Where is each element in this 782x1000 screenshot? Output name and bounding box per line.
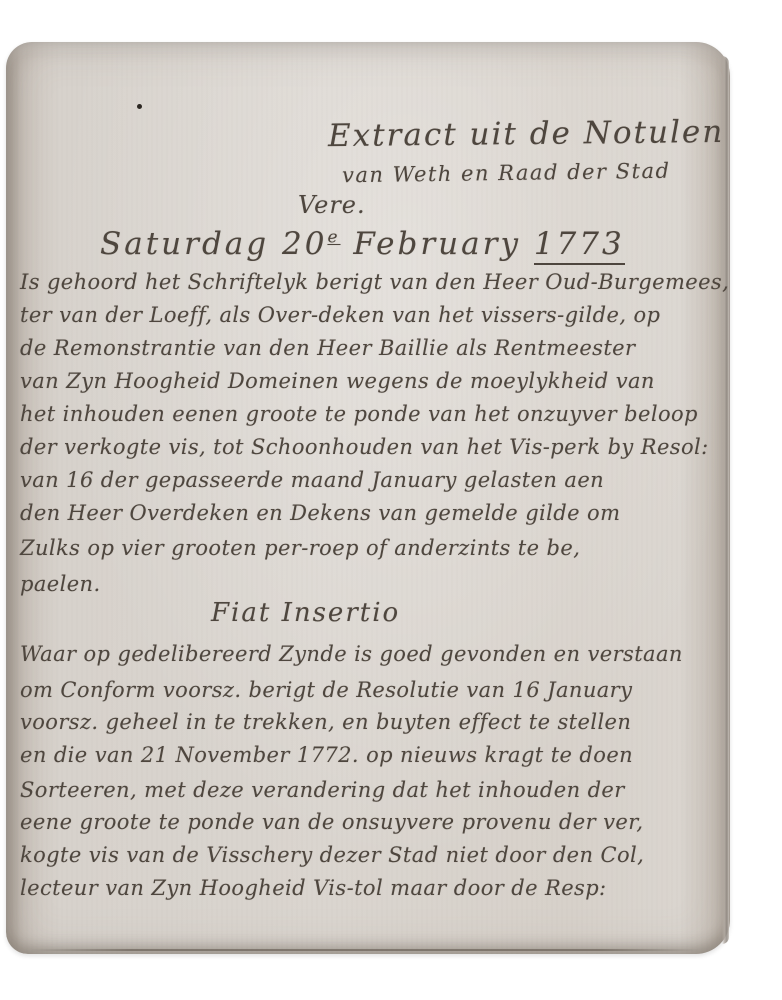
page-stack-edge: [722, 56, 729, 944]
manuscript-line: den Heer Overdeken en Dekens van gemelde…: [20, 501, 620, 525]
date-ordinal: e: [327, 228, 340, 248]
heading-line-2: van Weth en Raad der Stad: [342, 159, 671, 188]
date-day: Saturdag 20: [100, 226, 327, 262]
heading-line-1: Extract uit de Notulen: [328, 114, 725, 154]
subheading-fiat-insertio: Fiat Insertio: [211, 598, 400, 628]
manuscript-line: paelen.: [20, 572, 101, 596]
manuscript-line: van 16 der gepasseerde maand January gel…: [20, 468, 604, 492]
ink-spot: [137, 104, 142, 109]
manuscript-line: het inhouden eenen groote te ponde van h…: [20, 402, 698, 426]
manuscript-line: en die van 21 November 1772. op nieuws k…: [20, 743, 633, 767]
date-month: February: [341, 226, 534, 262]
manuscript-line: eene groote te ponde van de onsuyvere pr…: [20, 810, 643, 834]
manuscript-line: der verkogte vis, tot Schoonhouden van h…: [20, 435, 709, 459]
page-bottom-edge: [30, 949, 700, 951]
manuscript-line: voorsz. geheel in te trekken, en buyten …: [20, 710, 631, 734]
manuscript-line: ter van der Loeff, als Over-deken van he…: [20, 303, 660, 327]
manuscript-line: de Remonstrantie van den Heer Baillie al…: [20, 336, 635, 360]
book-page: Extract uit de Notulen van Weth en Raad …: [6, 42, 730, 954]
manuscript-line: Sorteeren, met deze verandering dat het …: [20, 778, 625, 802]
manuscript-line: kogte vis van de Visschery dezer Stad ni…: [20, 843, 644, 867]
manuscript-line: lecteur van Zyn Hoogheid Vis-tol maar do…: [20, 876, 607, 900]
manuscript-line: Zulks op vier grooten per-roep of anderz…: [20, 536, 580, 560]
date-year: 1773: [534, 226, 625, 265]
manuscript-line: van Zyn Hoogheid Domeinen wegens de moey…: [20, 369, 655, 393]
manuscript-line: Waar op gedelibereerd Zynde is goed gevo…: [20, 642, 683, 666]
manuscript-line: om Conform voorsz. berigt de Resolutie v…: [20, 678, 632, 702]
manuscript-photo: Extract uit de Notulen van Weth en Raad …: [0, 0, 782, 1000]
heading-line-3: Vere.: [298, 191, 366, 219]
date-line: Saturdag 20e February 1773: [100, 226, 625, 262]
manuscript-line: Is gehoord het Schriftelyk berigt van de…: [20, 270, 729, 294]
